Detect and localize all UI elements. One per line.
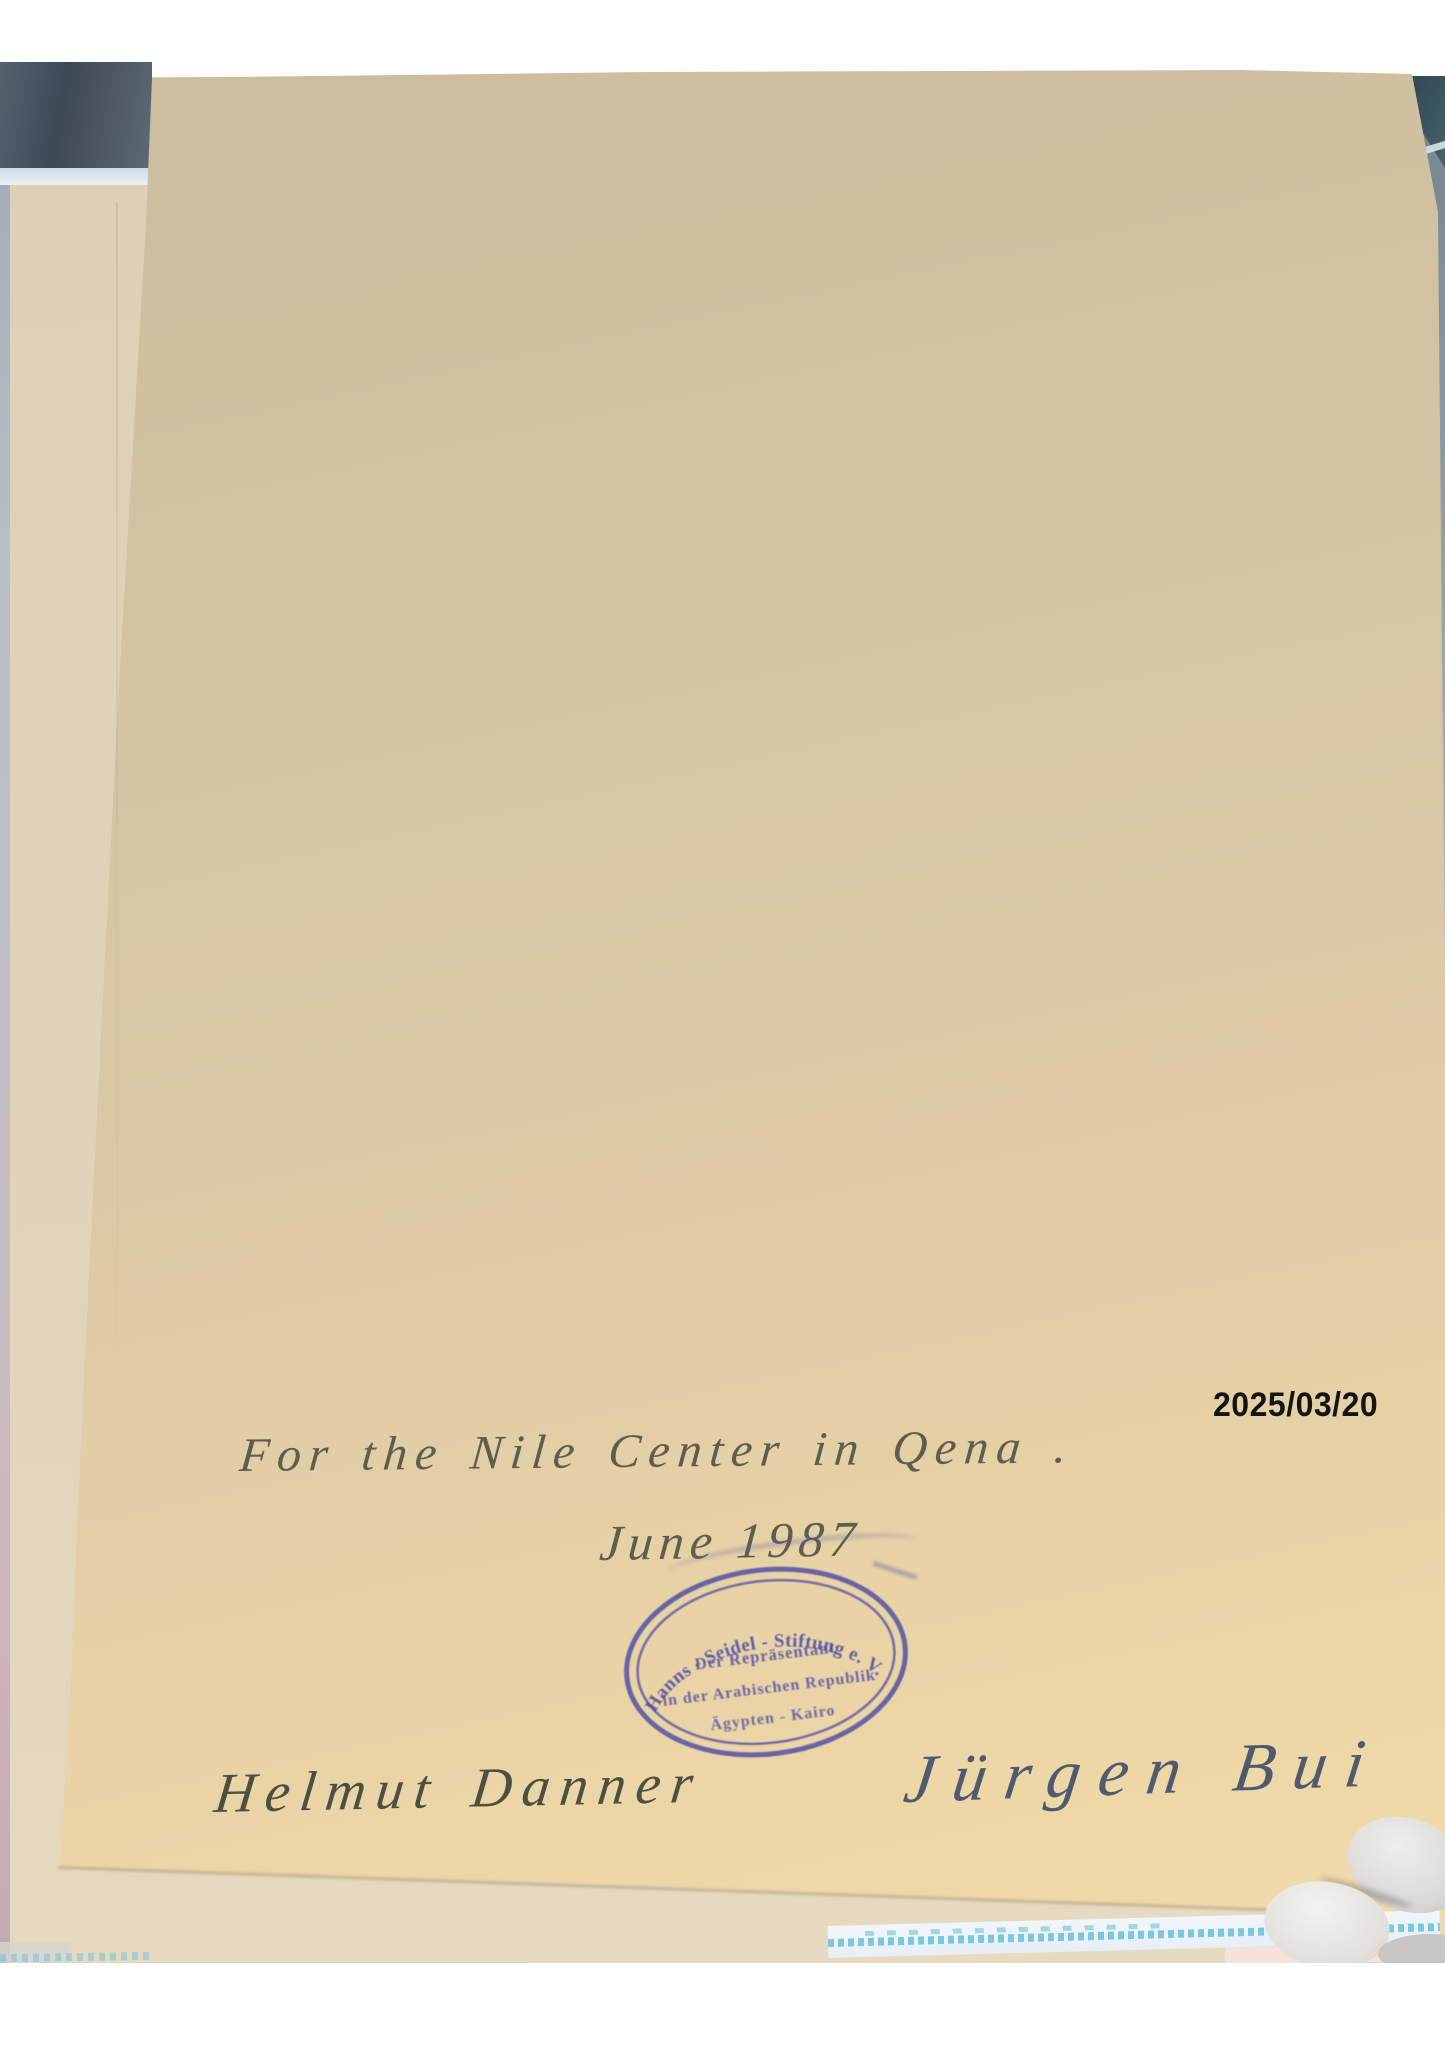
background-top-left-block	[0, 62, 152, 170]
background-left-sliver	[0, 62, 10, 1963]
screenshot-canvas: 2025/03/20 For the Nile Center in Qena .…	[0, 0, 1445, 2047]
page-crease	[116, 202, 118, 1502]
book-flyleaf-photo: 2025/03/20 For the Nile Center in Qena .…	[0, 62, 1445, 1963]
handwritten-dedication-line1: For the Nile Center in Qena .	[237, 1419, 1077, 1483]
stamp-line3: Ägypten - Kairo	[709, 1701, 836, 1734]
signature-helmut-danner: Helmut Danner	[211, 1752, 706, 1826]
hanns-seidel-stiftung-stamp: Hanns - Seidel - Stiftung e. V. Der Repr…	[604, 1540, 927, 1785]
date-watermark: 2025/03/20	[1213, 1385, 1378, 1425]
background-top-left-strip	[0, 168, 152, 185]
cyan-trim-left-fragment	[0, 1952, 150, 1963]
